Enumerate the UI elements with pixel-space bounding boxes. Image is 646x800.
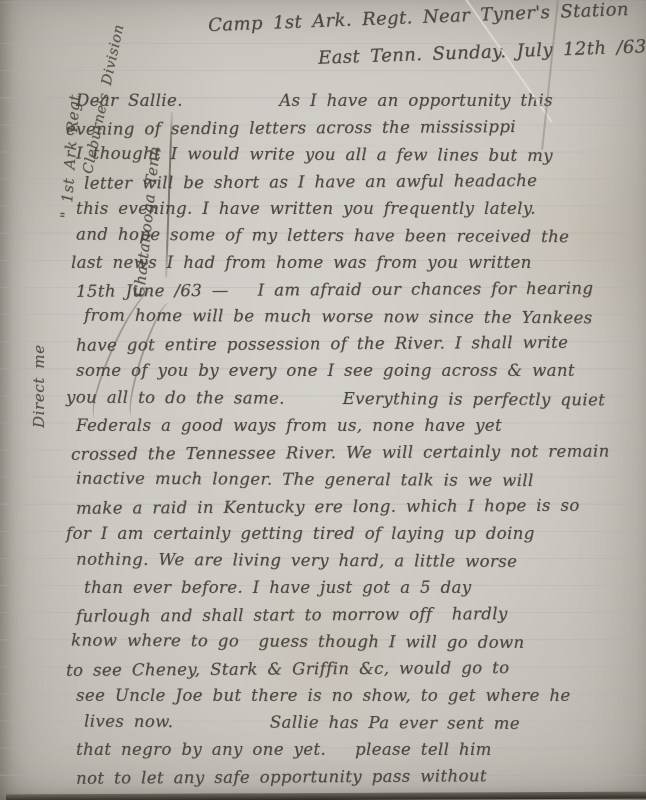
- margin-note-direct-me: Direct me: [30, 344, 48, 428]
- letter-line: you all to do the same. Everything is pe…: [66, 387, 636, 417]
- letter-heading-camp: Camp 1st Ark. Regt. Near Tyner's Station: [208, 0, 629, 36]
- letter-line: this evening. I have written you frequen…: [76, 199, 636, 226]
- letter-line: Dear Sallie. As I have an opportunity th…: [76, 91, 636, 118]
- letter-line: know where to go guess though I will go …: [71, 630, 636, 660]
- letter-line: furlough and shall start to morrow off h…: [76, 603, 636, 633]
- letter-line: nothing. We are living very hard, a litt…: [76, 549, 636, 579]
- letter-line: than ever before. I have just got a 5 da…: [84, 578, 636, 605]
- letter-line: to see Cheney, Stark & Griffin &c, would…: [66, 657, 636, 688]
- letter-line: that negro by any one yet. please tell h…: [76, 740, 636, 767]
- letter-line: inactive much longer. The general talk i…: [76, 468, 636, 498]
- letter-line: see Uncle Joe but there is no show, to g…: [76, 686, 636, 713]
- letter-heading-date: East Tenn. Sunday. July 12th /63: [318, 36, 646, 68]
- letter-body: Dear Sallie. As I have an opportunity th…: [76, 91, 636, 794]
- letter-line: and hope some of my letters have been re…: [76, 225, 636, 255]
- letter-line: Federals a good ways from us, none have …: [76, 416, 636, 443]
- letter-line: for I am certainly getting tired of layi…: [66, 524, 636, 551]
- letter-line: lives now. Sallie has Pa ever sent me: [84, 712, 636, 742]
- letter-line: letter will be short as I have an awful …: [84, 170, 636, 200]
- letter-line: crossed the Tennessee River. We will cer…: [71, 441, 636, 471]
- letter-line: 15th June /63 — I am afraid our chances …: [76, 279, 636, 309]
- letter-line: make a raid in Kentucky ere long. which …: [76, 495, 636, 525]
- letter-line: last news I had from home was from you w…: [71, 253, 636, 280]
- letter-page: Camp 1st Ark. Regt. Near Tyner's Station…: [0, 0, 646, 800]
